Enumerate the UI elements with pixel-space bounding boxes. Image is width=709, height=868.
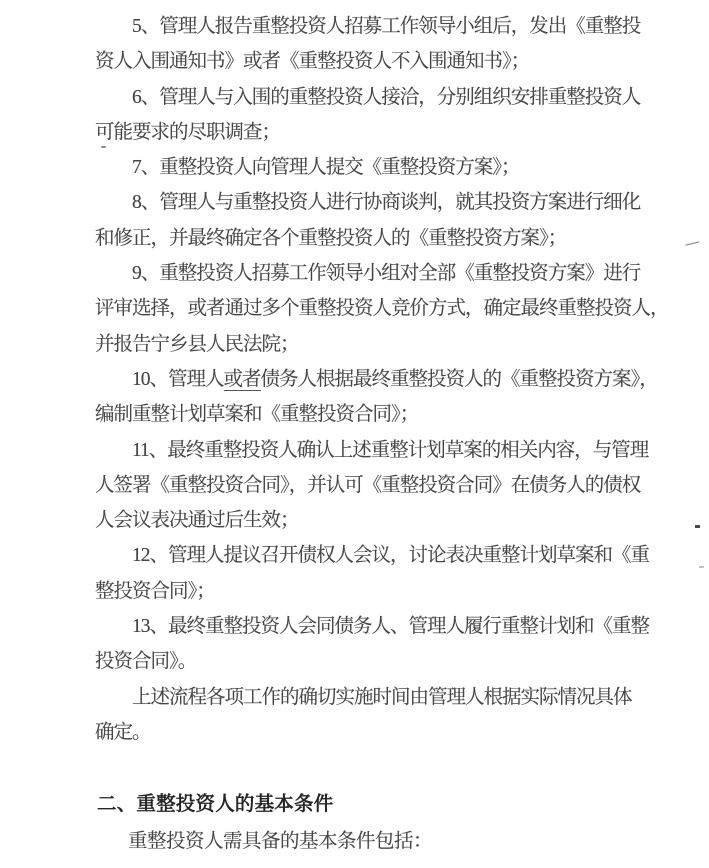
text-segment: 9、重整投资人招募工作领导小组对全部《重整投资方案》进行 [132, 263, 640, 284]
text-line: 可能要求的尽职调查； [95, 115, 695, 150]
scan-speck [699, 566, 704, 568]
text-line: 整投资合同》； [95, 574, 695, 609]
text-segment: 11、最终重整投资人确认上述重整计划草案的相关内容，与管理 [132, 440, 648, 461]
underlined-text: 或者 [224, 369, 261, 392]
text-segment: 资人入围通知书》或者《重整投资人不入围通知书》； [95, 51, 529, 72]
text-segment: 并报告宁乡县人民法院； [95, 334, 299, 355]
text-line: 12、管理人提议召开债权人会议，讨论表决重整计划草案和《重 [95, 538, 695, 573]
text-line: 7、重整投资人向管理人提交《重整投资方案》； [95, 150, 695, 185]
section-heading: 二、重整投资人的基本条件 [97, 794, 333, 815]
text-line: 10、管理人或者债务人根据最终重整投资人的《重整投资方案》， [95, 362, 695, 397]
text-segment: 整投资合同》； [95, 581, 215, 602]
text-segment: 13、最终重整投资人会同债务人、管理人履行重整计划和《重整 [132, 616, 649, 637]
text-line: 11、最终重整投资人确认上述重整计划草案的相关内容，与管理 [95, 433, 695, 468]
text-line: 人签署《重整投资合同》，并认可《重整投资合同》在债务人的债权 [95, 468, 695, 503]
text-segment: 编制重整计划草案和《重整投资合同》； [95, 404, 418, 425]
text-line: 和修正，并最终确定各个重整投资人的《重整投资方案》； [95, 221, 695, 256]
text-line: 5、管理人报告重整投资人招募工作领导小组后，发出《重整投 [95, 9, 695, 44]
text-segment: 上述流程各项工作的确切实施时间由管理人根据实际情况具体 [132, 687, 632, 708]
section-intro: 重整投资人需具备的基本条件包括： [128, 831, 432, 852]
text-segment: 8、管理人与重整投资人进行协商谈判，就其投资方案进行细化 [132, 192, 640, 213]
text-line: 评审选择，或者通过多个重整投资人竞价方式，确定最终重整投资人， [95, 291, 695, 326]
text-segment: 可能要求的尽职调查； [95, 122, 280, 143]
document-body: 5、管理人报告重整投资人招募工作领导小组后，发出《重整投资人入围通知书》或者《重… [95, 9, 695, 750]
text-line: 并报告宁乡县人民法院； [95, 327, 695, 362]
text-line: 编制重整计划草案和《重整投资合同》； [95, 397, 695, 432]
text-segment: 10、管理人 [132, 369, 224, 390]
text-line: 确定。 [95, 715, 695, 750]
scan-speck [101, 146, 106, 148]
text-line: 6、管理人与入围的重整投资人接洽，分别组织安排重整投资人 [95, 80, 695, 115]
text-segment: 投资合同》。 [95, 651, 196, 672]
text-segment: 人会议表决通过后生效； [95, 510, 299, 531]
text-segment: 5、管理人报告重整投资人招募工作领导小组后，发出《重整投 [132, 16, 640, 37]
scanned-document-page: 5、管理人报告重整投资人招募工作领导小组后，发出《重整投资人入围通知书》或者《重… [0, 0, 709, 868]
text-line: 人会议表决通过后生效； [95, 503, 695, 538]
text-line: 上述流程各项工作的确切实施时间由管理人根据实际情况具体 [95, 680, 695, 715]
text-segment: 6、管理人与入围的重整投资人接洽，分别组织安排重整投资人 [132, 87, 640, 108]
text-segment: 12、管理人提议召开债权人会议，讨论表决重整计划草案和《重 [132, 545, 649, 566]
text-segment: 7、重整投资人向管理人提交《重整投资方案》； [132, 157, 520, 178]
text-line: 资人入围通知书》或者《重整投资人不入围通知书》； [95, 44, 695, 79]
text-segment: 确定。 [95, 722, 151, 743]
text-line: 8、管理人与重整投资人进行协商谈判，就其投资方案进行细化 [95, 185, 695, 220]
text-segment: 评审选择，或者通过多个重整投资人竞价方式，确定最终重整投资人， [95, 298, 669, 319]
text-line: 投资合同》。 [95, 644, 695, 679]
scan-speck [695, 525, 700, 528]
text-segment: 债务人根据最终重整投资人的《重整投资方案》， [261, 369, 658, 390]
text-segment: 人签署《重整投资合同》，并认可《重整投资合同》在债务人的债权 [95, 475, 640, 496]
text-line: 9、重整投资人招募工作领导小组对全部《重整投资方案》进行 [95, 256, 695, 291]
text-line: 13、最终重整投资人会同债务人、管理人履行重整计划和《重整 [95, 609, 695, 644]
text-segment: 和修正，并最终确定各个重整投资人的《重整投资方案》； [95, 228, 566, 249]
